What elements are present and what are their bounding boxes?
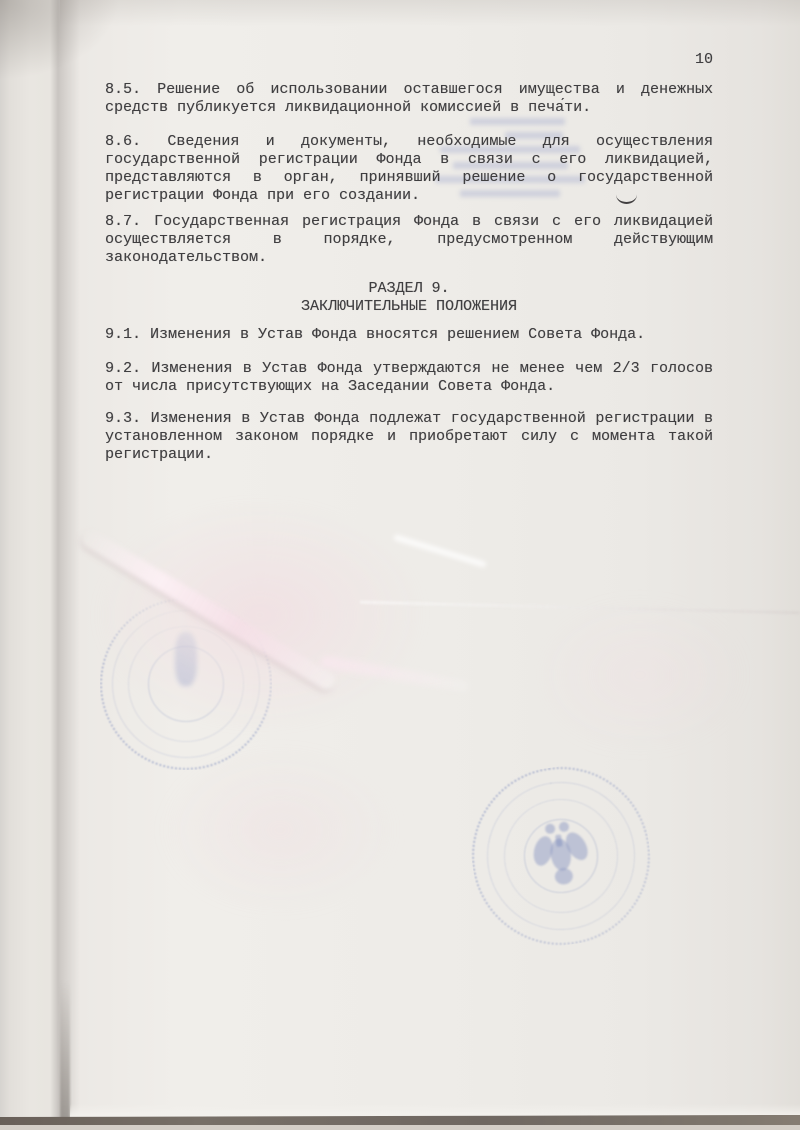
scanned-document-page: 10 8.5. Решение об использовании оставше… [0,0,800,1130]
section-9-heading: РАЗДЕЛ 9. ЗАКЛЮЧИТЕЛЬНЫЕ ПОЛОЖЕНИЯ [105,280,713,316]
round-seal-stamp-right [460,755,661,956]
text-line: 9.2. Изменения в Устав Фонда утверждаютс… [105,360,713,378]
paragraph-9-3: 9.3. Изменения в Устав Фонда подлежат го… [105,410,713,464]
text-line: 8.6. Сведения и документы, необходимые д… [105,133,713,151]
text-line: 8.5. Решение об использовании оставшегос… [105,81,713,99]
paragraph-9-2: 9.2. Изменения в Устав Фонда утверждаютс… [105,360,713,396]
text-line: 9.1. Изменения в Устав Фонда вносятся ре… [105,326,713,344]
text-line: 8.7. Государственная регистрация Фонда в… [105,213,713,231]
top-edge-shadow [60,0,800,26]
paragraph-8-7: 8.7. Государственная регистрация Фонда в… [105,213,713,267]
scanner-background [0,1125,800,1130]
text-line: установленном законом порядке и приобрет… [105,428,713,446]
section-title: РАЗДЕЛ 9. [105,280,713,298]
spine-shadow [60,980,70,1120]
text-line: государственной регистрации Фонда в связ… [105,151,713,169]
text-line: законодательством. [105,249,713,267]
text-line: от числа присутствующих на Заседании Сов… [105,378,713,396]
seal-emblem [175,632,197,686]
paragraph-9-1: 9.1. Изменения в Устав Фонда вносятся ре… [105,326,713,344]
paper-tint [520,590,760,760]
text-line: регистрации. [105,446,713,464]
paragraph-8-5: 8.5. Решение об использовании оставшегос… [105,81,713,117]
text-line: средств публикуется ликвидационной комис… [105,99,713,117]
page-number: 10 [663,51,713,69]
section-subtitle: ЗАКЛЮЧИТЕЛЬНЫЕ ПОЛОЖЕНИЯ [105,298,713,316]
text-line: 9.3. Изменения в Устав Фонда подлежат го… [105,410,713,428]
text-line: осуществляется в порядке, предусмотренно… [105,231,713,249]
text-line: представляются в орган, принявший решени… [105,169,713,187]
double-headed-eagle-icon [525,811,597,893]
